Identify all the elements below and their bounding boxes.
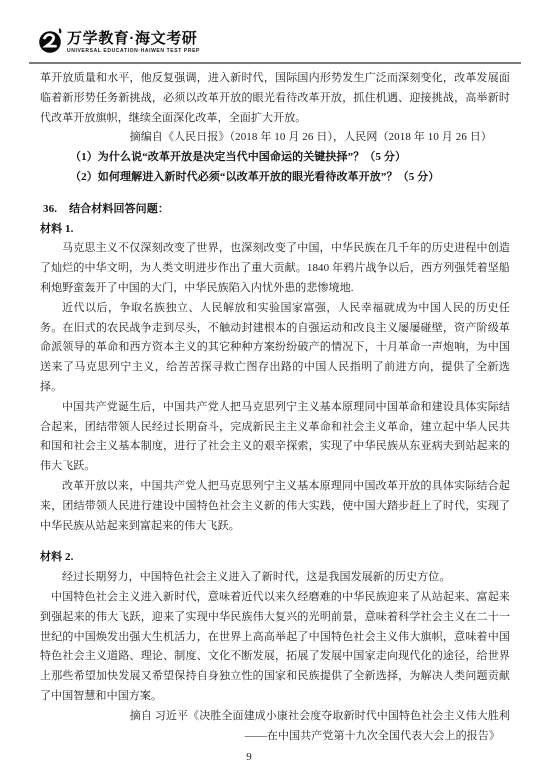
- logo-title: 万学教育·海文考研: [67, 30, 200, 47]
- question-2: （2）如何理解进入新时代必须“以改革开放的眼光看待改革开放”？（5 分）: [40, 168, 510, 188]
- question-36-prompt: 结合材料回答问题：: [69, 203, 169, 215]
- logo-text: 万学教育·海文考研 UNIVERSAL EDUCATION·HAIWEN TES…: [67, 27, 200, 54]
- logo-subtitle: UNIVERSAL EDUCATION·HAIWEN TEST PREP: [67, 48, 200, 54]
- material-1-paragraph-2: 近代以后，争取名族独立、人民解放和实验国家富强，人民幸福就成为中国人民的历史任务…: [40, 299, 510, 398]
- question-1: （1）为什么说“改革开放是决定当代中国命运的关键抉择”？（5 分）: [40, 148, 510, 168]
- question-36-heading: 36.结合材料回答问题：: [40, 200, 510, 220]
- material-2-label: 材料 2.: [40, 548, 510, 568]
- question-36-number: 36.: [43, 203, 57, 215]
- material-1-paragraph-3: 中国共产党诞生后，中国共产党人把马克思列宁主义基本原理同中国革命和建设具体实际结…: [40, 398, 510, 477]
- material-1-paragraph-1: 马克思主义不仅深刻改变了世界，也深刻改变了中国，中华民族在几千年的历史进程中创造…: [40, 239, 510, 298]
- material-1-label: 材料 1.: [40, 220, 510, 240]
- intro-paragraph: 革开放质量和水平，他反复强调，进入新时代，国际国内形势发生广泛而深刻变化，改革发…: [40, 69, 510, 128]
- page-header: 万学教育·海文考研 UNIVERSAL EDUCATION·HAIWEN TES…: [0, 0, 550, 62]
- intro-source: 摘编自《人民日报》（2018 年 10 月 26 日），人民网（2018 年 1…: [40, 128, 510, 148]
- page-content: 革开放质量和水平，他反复强调，进入新时代，国际国内形势发生广泛而深刻变化，改革发…: [0, 64, 550, 768]
- material-2-paragraph-2: 中国特色社会主义进入新时代，意味着近代以来久经磨难的中华民族迎来了从站起来、富起…: [40, 588, 510, 707]
- material-2-source-line-2: ——在中国共产党第十九次全国代表大会上的报告》: [40, 727, 510, 747]
- material-2-source-line-1: 摘自 习近平《决胜全面建成小康社会度夺取新时代中国特色社会主义伟大胜利: [40, 707, 510, 727]
- material-1-paragraph-4: 改革开放以来，中国共产党人把马克思列宁主义基本原理同中国改革开放的具体实际结合起…: [40, 477, 510, 536]
- material-2-paragraph-1: 经过长期努力，中国特色社会主义进入了新时代，这是我国发展新的历史方位。: [40, 568, 510, 588]
- logo: 万学教育·海文考研 UNIVERSAL EDUCATION·HAIWEN TES…: [39, 27, 550, 54]
- document-page: 万学教育·海文考研 UNIVERSAL EDUCATION·HAIWEN TES…: [0, 0, 550, 773]
- wanxue-swirl-logo-icon: [39, 27, 63, 54]
- page-number: 9: [14, 748, 484, 768]
